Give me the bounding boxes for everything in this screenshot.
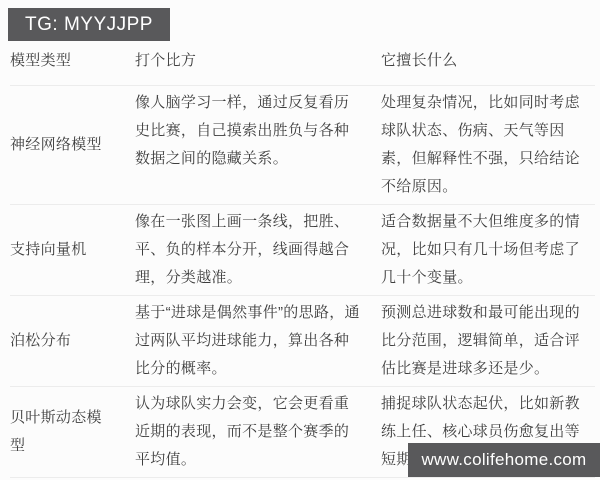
- table-header-row: 模型类型 打个比方 它擅长什么: [10, 43, 595, 86]
- model-strength: 预测总进球数和最可能出现的比分范围，逻辑简单，适合评估比赛是进球多还是少。: [381, 296, 595, 386]
- model-name: 神经网络模型: [10, 128, 135, 162]
- model-analogy: 像在一张图上画一条线，把胜、平、负的样本分开，线画得越合理，分类越准。: [135, 205, 381, 295]
- model-strength: 处理复杂情况，比如同时考虑球队状态、伤病、天气等因素，但解释性不强，只给结论不给…: [381, 86, 595, 204]
- header-strength: 它擅长什么: [381, 43, 595, 85]
- model-analogy: 像人脑学习一样，通过反复看历史比赛，自己摸索出胜负与各种数据之间的隐藏关系。: [135, 86, 381, 204]
- model-strength: 适合数据量不大但维度多的情况，比如只有几十场但考虑了几十个变量。: [381, 205, 595, 295]
- model-name: 泊松分布: [10, 324, 135, 358]
- model-analogy: 基于“进球是偶然事件”的思路，通过两队平均进球能力，算出各种比分的概率。: [135, 296, 381, 386]
- table-row-neural-network: 神经网络模型 像人脑学习一样，通过反复看历史比赛，自己摸索出胜负与各种数据之间的…: [10, 86, 595, 205]
- model-name: 贝叶斯动态模型: [10, 401, 135, 463]
- table-row-poisson: 泊松分布 基于“进球是偶然事件”的思路，通过两队平均进球能力，算出各种比分的概率…: [10, 296, 595, 387]
- telegram-contact-badge: TG: MYYJJPP: [8, 8, 170, 41]
- header-analogy: 打个比方: [135, 43, 381, 85]
- table-row-svm: 支持向量机 像在一张图上画一条线，把胜、平、负的样本分开，线画得越合理，分类越准…: [10, 205, 595, 296]
- model-name: 支持向量机: [10, 233, 135, 267]
- header-model-type: 模型类型: [10, 43, 135, 85]
- watermark-url: www.colifehome.com: [408, 443, 600, 477]
- model-comparison-table: 模型类型 打个比方 它擅长什么 神经网络模型 像人脑学习一样，通过反复看历史比赛…: [10, 43, 595, 478]
- model-analogy: 认为球队实力会变，它会更看重近期的表现，而不是整个赛季的平均值。: [135, 387, 381, 477]
